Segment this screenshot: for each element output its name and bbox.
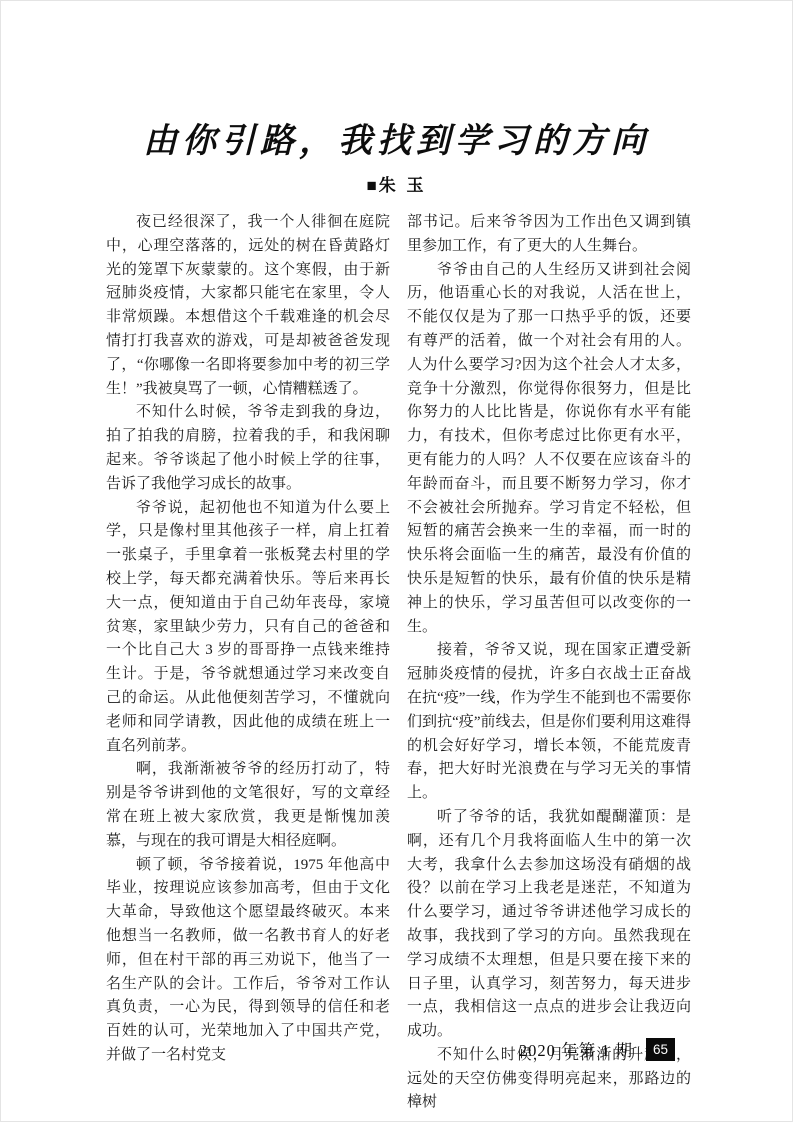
author-name: 朱 玉: [379, 176, 427, 195]
paragraph: 顿了顿，爷爷接着说，1975 年他高中毕业，按理说应该参加高考，但由于文化大革命…: [106, 854, 390, 1068]
article-byline: ■朱 玉: [1, 171, 792, 196]
paragraph: 啊，我渐渐被爷爷的经历打动了，特别是爷爷讲到他的文笔很好，写的文章经常在班上被大…: [106, 758, 390, 853]
text-column-right: 部书记。后来爷爷因为工作出色又调到镇里参加工作，有了更大的人生舞台。爷爷由自己的…: [407, 211, 691, 1115]
article-title: 由你引路，我找到学习的方向: [1, 113, 792, 162]
paragraph: 接着，爷爷又说，现在国家正遭受新冠肺炎疫情的侵扰，许多白衣战士正奋战在抗“疫”一…: [407, 639, 691, 806]
page-footer: 2020 年第 1 期 65: [519, 1037, 675, 1061]
text-column-left: 夜已经很深了，我一个人徘徊在庭院中，心理空落落的，远处的树在昏黄路灯光的笼罩下灰…: [106, 211, 390, 1115]
paragraph: 不知什么时候，爷爷走到我的身边，拍了拍我的肩膀，拉着我的手，和我闲聊起来。爷爷谈…: [106, 401, 390, 496]
paragraph: 爷爷由自己的人生经历又讲到社会阅历，他语重心长的对我说，人活在世上，不能仅仅是为…: [407, 259, 691, 640]
issue-label: 2020 年第 1 期: [519, 1037, 633, 1061]
article-body: 夜已经很深了，我一个人徘徊在庭院中，心理空落落的，远处的树在昏黄路灯光的笼罩下灰…: [106, 211, 691, 1115]
author-square-icon: ■: [366, 176, 376, 195]
paragraph-continuation: 部书记。后来爷爷因为工作出色又调到镇里参加工作，有了更大的人生舞台。: [407, 211, 691, 259]
paragraph: 听了爷爷的话，我犹如醍醐灌顶：是啊，还有几个月我将面临人生中的第一次大考，我拿什…: [407, 806, 691, 1044]
page-number-badge: 65: [646, 1038, 675, 1061]
magazine-page: 由你引路，我找到学习的方向 ■朱 玉 夜已经很深了，我一个人徘徊在庭院中，心理空…: [0, 0, 793, 1122]
paragraph: 夜已经很深了，我一个人徘徊在庭院中，心理空落落的，远处的树在昏黄路灯光的笼罩下灰…: [106, 211, 390, 401]
paragraph: 爷爷说，起初他也不知道为什么要上学，只是像村里其他孩子一样，肩上扛着一张桌子，手…: [106, 497, 390, 759]
